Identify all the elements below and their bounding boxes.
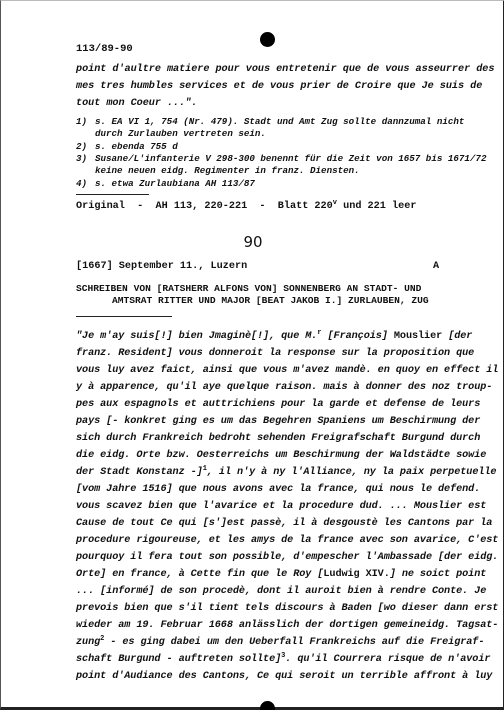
original-source-line: Original - AH 113, 220-221 - Blatt 220v … [76,201,416,212]
footnote-text: Susane/L'infanterie V 298-300 benennt fü… [95,153,486,164]
original-source-suffix: und 221 leer [337,201,416,212]
footnote-number: 4) [76,178,87,189]
document-title-line-2: AMTSRAT RITTER UND MAJOR [BEAT JAKOB I.]… [112,295,429,306]
body-line: die eidg. Orte bzw. Oesterreichs um Besc… [76,450,486,461]
continuation-line: point d'aultre matiere pour vous entrete… [76,64,494,75]
body-text: [der [442,331,472,342]
body-line: pes aux espagnols et auttrichiens pour l… [76,399,480,410]
body-text: Orte] en france, à Cette fin que le Roy … [76,569,323,580]
body-line: schaft Burgund - auftreten sollte]3. qu'… [76,654,490,665]
body-line: zung2 - es ging dabei um den Ueberfall F… [76,637,484,648]
footnote-text: s. ebenda 755 d [95,141,178,152]
body-line: [vom Jahre 1516] que nous avons avec la … [76,484,480,495]
body-line: vous scavez bien que l'avarice et la pro… [76,501,486,512]
punch-hole-top [260,32,275,47]
date-place: [1667] September 11., Luzern [76,261,247,272]
footnote-text: s. etwa Zurlaubiana AH 113/87 [95,178,255,189]
body-line: prevois bien que s'il tient tels discour… [76,603,498,614]
body-line: point d'Audiance des Cantons, Ce qui ser… [76,671,492,682]
body-text: . qu'il Courrera risque de n'avoir [285,654,490,665]
footnote-text: keine neuen eidg. Regimenter in franz. D… [95,165,360,176]
punch-hole-bottom [260,701,275,710]
original-source-text: Original - AH 113, 220-221 - Blatt 220 [76,201,333,212]
continuation-line: mes tres humbles services et de vous pri… [76,81,482,92]
person-name: Mouslier [394,331,442,342]
footnote-text: s. EA VI 1, 754 (Nr. 479). Stadt und Amt… [95,116,464,127]
body-line: "Je m'ay suis[!] bien Jmaginè[!], que M.… [76,331,472,342]
body-line: Orte] en france, à Cette fin que le Roy … [76,569,486,580]
body-text: [François] [321,331,393,342]
body-line: procedure rigoureuse, et les amys de la … [76,535,498,546]
body-text: schaft Burgund - auftreten sollte] [76,654,281,665]
body-text: "Je m'ay suis[!] bien Jmaginè[!], que M. [76,331,317,342]
footnote-number: 3) [76,153,87,164]
page-reference: 113/89-90 [76,43,133,55]
body-text: zung [76,637,100,648]
body-text: ] ne soict point [390,569,487,580]
body-line: ... [informé] de son procedè, dont il au… [76,586,486,597]
body-text: der Stadt Konstanz -] [76,467,203,478]
body-line: vous luy avez faict, ainsi que vous m'av… [76,365,498,376]
body-line: der Stadt Konstanz -]1, il n'y à ny l'Al… [76,467,496,478]
body-line: Cause de tout Ce qui [s']est passè, il à… [76,518,492,529]
document-title-line-1: SCHREIBEN VON [RATSHERR ALFONS VON] SONN… [76,283,421,294]
body-text: , il n'y à ny l'Alliance, ny la paix per… [207,467,497,478]
continuation-line: tout mon Coeur ...". [76,98,197,109]
body-line: pourquoy il fera tout son possible, d'em… [76,552,498,563]
footnote-divider [76,194,149,195]
body-text: - es ging dabei um den Ueberfall Frankre… [104,637,484,648]
footnote-text: durch Zurlauben vertreten sein. [95,128,266,139]
body-line: y à apparence, qu'il aye quelque raison.… [76,382,492,393]
letter-code: A [433,261,439,272]
title-divider [76,316,172,317]
body-line: sich durch Frankreich bedroht sehenden F… [76,433,480,444]
person-name: Ludwig XIV. [323,569,389,580]
document-page: 113/89-90 point d'aultre matiere pour vo… [0,0,504,710]
body-line: pays [- konkret ging es um das Begehren … [76,416,480,427]
body-line: franz. Resident] vous donneroit la respo… [76,348,474,359]
body-line: wieder am 19. Februar 1668 anlässlich de… [76,620,498,631]
footnote-number: 1) [76,116,87,127]
footnote-number: 2) [76,141,87,152]
document-number: 90 [1,233,504,251]
